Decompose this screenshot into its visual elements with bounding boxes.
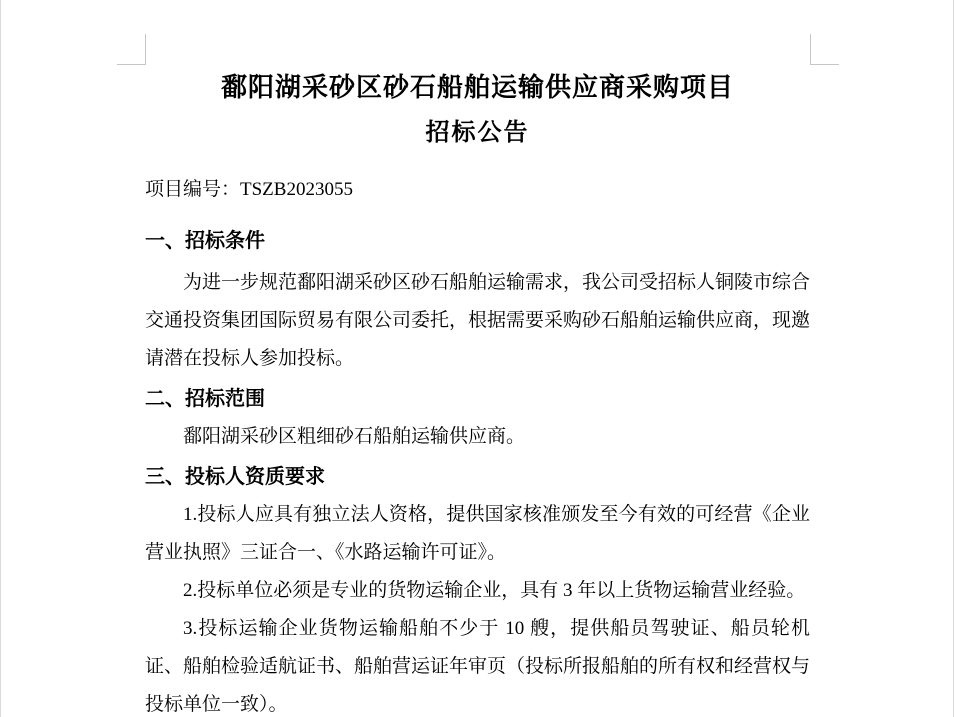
- page-edge-right: [953, 0, 954, 717]
- paragraph-bidding-scope: 鄱阳湖采砂区粗细砂石船舶运输供应商。: [145, 418, 810, 456]
- paragraph-bidding-conditions: 为进一步规范鄱阳湖采砂区砂石船舶运输需求，我公司受招标人铜陵市综合交通投资集团国…: [145, 264, 810, 378]
- document-title: 鄱阳湖采砂区砂石船舶运输供应商采购项目: [145, 64, 810, 111]
- paragraph-qualification-1: 1.投标人应具有独立法人资格，提供国家核准颁发至今有效的可经营《企业营业执照》三…: [145, 496, 810, 572]
- section-heading-bidding-conditions: 一、招标条件: [145, 222, 810, 260]
- project-number-line: 项目编号：TSZB2023055: [145, 171, 810, 209]
- margin-crop-mark-top-left: [117, 34, 146, 65]
- document-page: 鄱阳湖采砂区砂石船舶运输供应商采购项目 招标公告 项目编号：TSZB202305…: [0, 0, 955, 717]
- section-heading-bidding-scope: 二、招标范围: [145, 380, 810, 418]
- document-subtitle: 招标公告: [145, 114, 810, 152]
- paragraph-qualification-2: 2.投标单位必须是专业的货物运输企业，具有 3 年以上货物运输营业经验。: [145, 572, 810, 610]
- paragraph-qualification-3: 3.投标运输企业货物运输船舶不少于 10 艘，提供船员驾驶证、船员轮机证、船舶检…: [145, 610, 810, 717]
- margin-crop-mark-top-right: [810, 34, 839, 65]
- section-heading-bidder-qualifications: 三、投标人资质要求: [145, 458, 810, 496]
- document-content: 鄱阳湖采砂区砂石船舶运输供应商采购项目 招标公告 项目编号：TSZB202305…: [145, 64, 810, 717]
- page-edge-left: [0, 0, 1, 717]
